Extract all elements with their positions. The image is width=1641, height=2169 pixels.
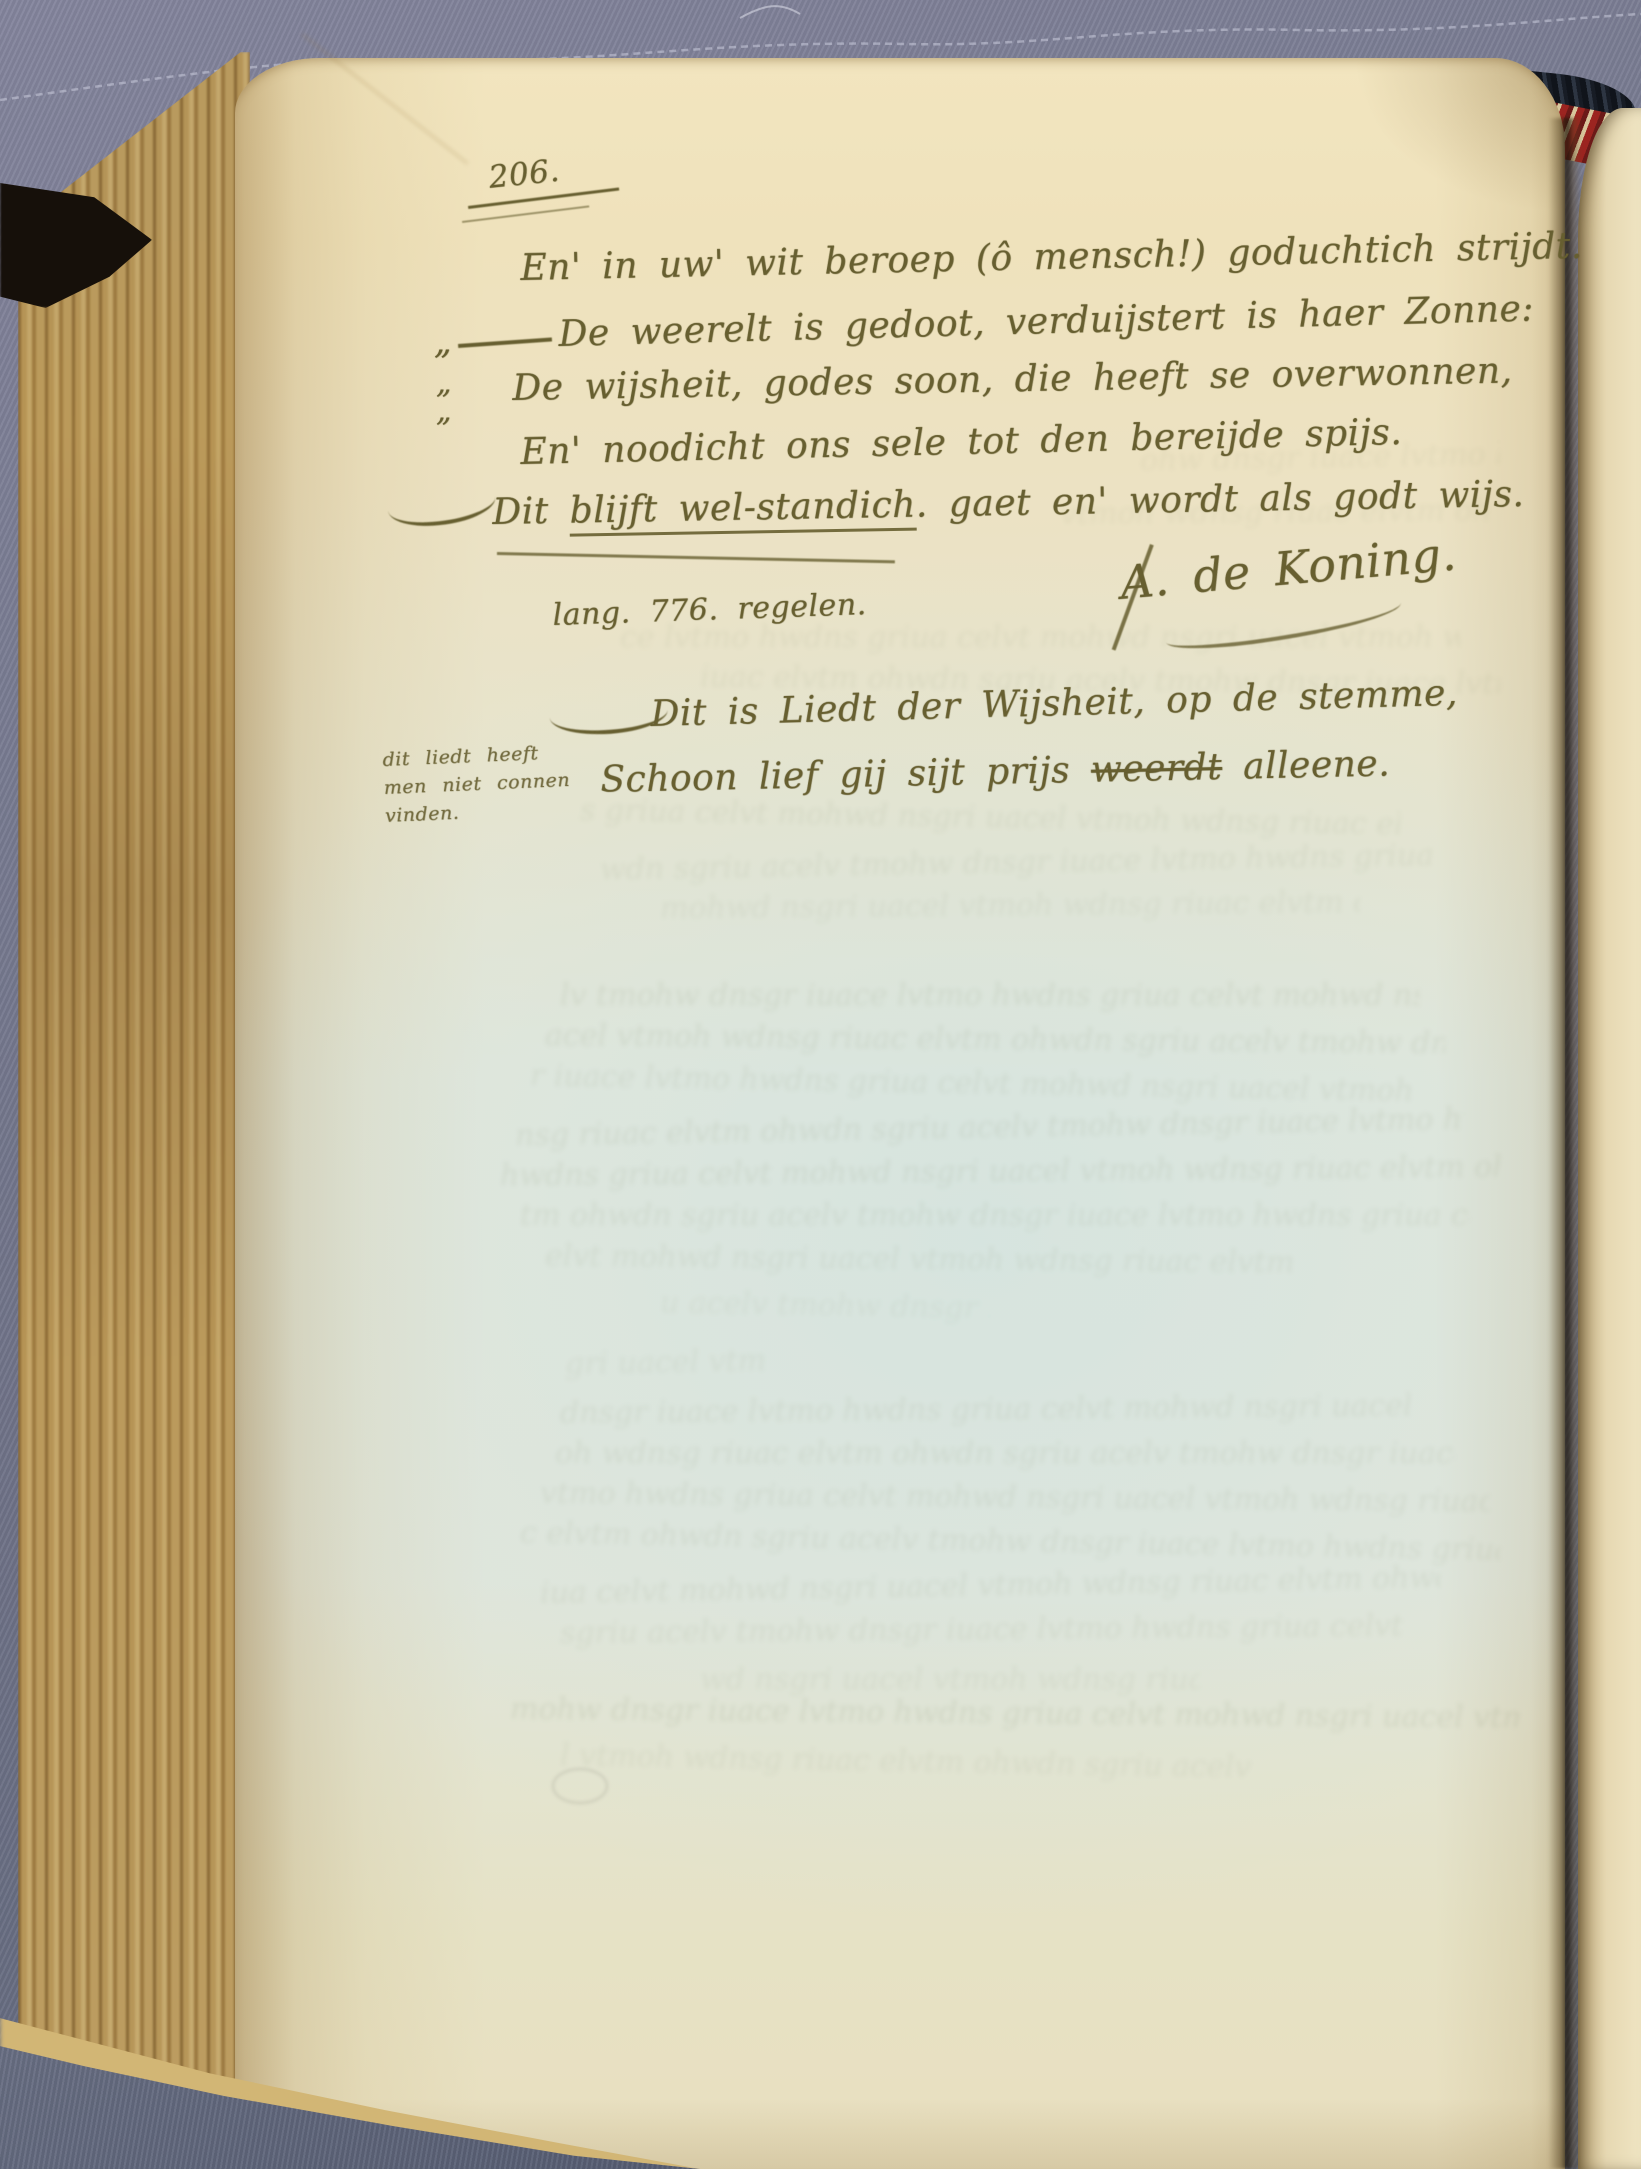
ghost-line: oh wdnsg riuac elvtm ohwdn sgriu acelv t… [555, 1436, 1455, 1471]
marginal-note: dit liedt heeft men niet connen vinden. [382, 738, 572, 830]
page-number: 206. [487, 153, 561, 196]
ghost-line: tm ohwdn sgriu acelv tmohw dnsgr iuace l… [520, 1198, 1470, 1233]
song-line-struck-word: weerdt [1091, 747, 1223, 791]
ghost-line: dnsgr iuace lvtmo hwdns griua celvt mohw… [560, 1388, 1410, 1430]
smudge-mark [552, 1768, 608, 1804]
ghost-line: elvt mohwd nsgri uacel vtmoh wdnsg riuac… [545, 1239, 1305, 1281]
quote-mark-line3-bottom: „ [436, 394, 452, 429]
gutter-shadow [1548, 118, 1582, 2169]
ghost-line: gri uacel vtmoh [565, 1343, 766, 1381]
ghost-line: sgriu acelv tmohw dnsgr iuace lvtmo hwdn… [560, 1608, 1410, 1650]
manuscript-photo: { "manuscript": { "page_number": "206.",… [0, 0, 1641, 2169]
ghost-line: mohwd nsgri uacel vtmoh wdnsg riuac elvt… [660, 885, 1360, 926]
ghost-line: lv tmohw dnsgr iuace lvtmo hwdns griua c… [560, 978, 1420, 1013]
song-line-post: alleene. [1222, 743, 1391, 788]
poem-line-5-pre: Dit [492, 491, 570, 533]
ghost-line: u acelv tmohw dnsgr iuace l [660, 1285, 991, 1326]
facing-page-edge [1578, 108, 1641, 2169]
quote-mark-line2: „ [434, 322, 452, 362]
page-edge-stack [18, 52, 250, 2169]
ghost-line: wd nsgri uacel vtmoh wdnsg riuac elvtm o [700, 1662, 1200, 1697]
poem-line-5-underlined: blijft wel-standich [569, 485, 916, 537]
